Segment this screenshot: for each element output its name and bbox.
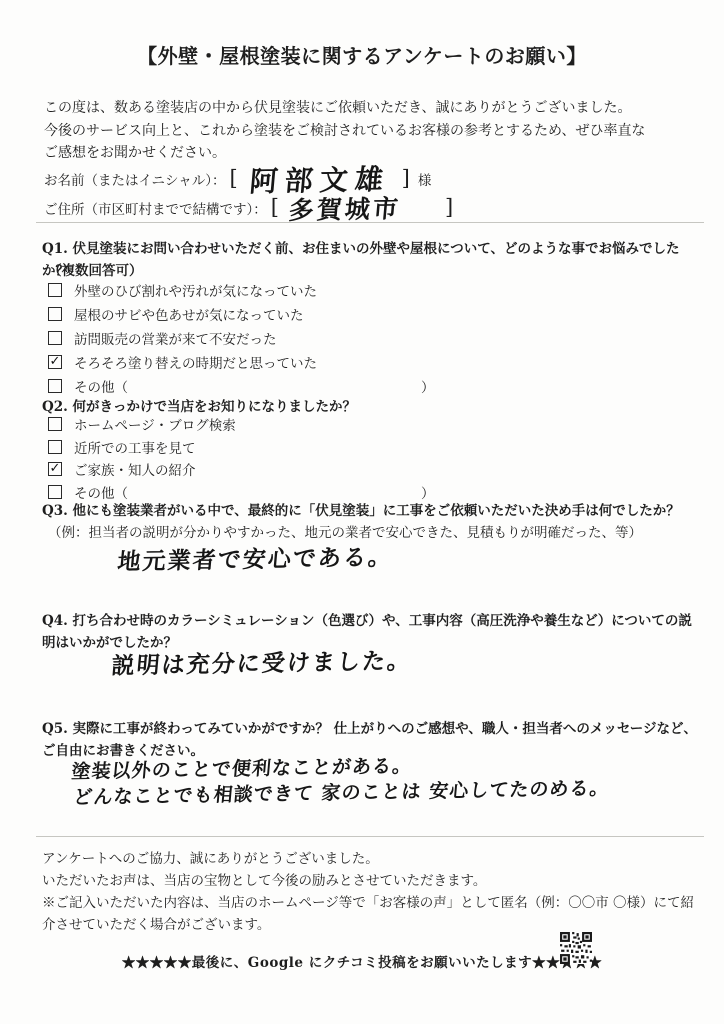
checkbox-unchecked[interactable] xyxy=(48,283,62,297)
name-honorific: 様 xyxy=(418,169,432,189)
footer-line-1: アンケートへのご協力、誠にありがとうございました。 xyxy=(42,848,707,870)
option-label: ご家族・知人の紹介 xyxy=(74,459,196,479)
option-label: 近所での工事を見て xyxy=(74,437,196,457)
option-label: 外壁のひび割れや汚れが気になっていた xyxy=(74,280,317,300)
q2-option-row: ✓ ご家族・知人の紹介 xyxy=(48,459,196,479)
intro-paragraph: この度は、数ある塗装店の中から伏見塗装にご依頼いただき、誠にありがとうございまし… xyxy=(44,97,694,165)
google-review-request: ★★★★★最後に、Google にクチコミ投稿をお願いいたします★★★★★ xyxy=(0,951,724,971)
survey-document-page: 【外壁・屋根塗装に関するアンケートのお願い】 この度は、数ある塗装店の中から伏見… xyxy=(0,0,724,1024)
option-paren-close: ） xyxy=(421,376,435,396)
q3-handwritten-answer: 地元業者で安心である。 xyxy=(116,539,394,577)
q1-option-row: 屋根のサビや色あせが気になっていた xyxy=(48,304,304,324)
section-divider-top xyxy=(36,222,704,223)
checkbox-unchecked[interactable] xyxy=(48,307,62,321)
option-label: そろそろ塗り替えの時期だと思っていた xyxy=(74,352,317,372)
address-field-row: ご住所（市区町村までで結構です）： [ 多賀城市 ] xyxy=(44,193,457,223)
option-label: ホームページ・ブログ検索 xyxy=(74,414,236,434)
q2-option-row-other: その他（ ） xyxy=(48,482,435,502)
name-field-label: お名前（またはイニシャル）： xyxy=(44,169,225,189)
checkbox-unchecked[interactable] xyxy=(48,485,62,499)
checkbox-checked[interactable]: ✓ xyxy=(48,462,62,476)
option-label: 訪問販売の営業が来て不安だった xyxy=(74,328,277,348)
address-bracket-close: ] xyxy=(445,195,453,219)
intro-line-2: 今後のサービス向上と、これから塗装をご検討されているお客様の参考とするため、ぜひ… xyxy=(44,120,694,143)
q1-option-row: ✓ そろそろ塗り替えの時期だと思っていた xyxy=(48,352,317,372)
q1-option-row: 訪問販売の営業が来て不安だった xyxy=(48,328,277,348)
q1-option-row: 外壁のひび割れや汚れが気になっていた xyxy=(48,280,317,300)
option-label: その他（ xyxy=(74,376,128,396)
name-bracket-close: ] xyxy=(402,166,410,190)
q1-option-row-other: その他（ ） xyxy=(48,376,435,396)
name-bracket-open: [ xyxy=(229,166,237,190)
option-label: その他（ xyxy=(74,482,128,502)
intro-line-1: この度は、数ある塗装店の中から伏見塗装にご依頼いただき、誠にありがとうございまし… xyxy=(44,97,694,120)
checkbox-checked[interactable]: ✓ xyxy=(48,355,62,369)
q1-note: （複数回答可） xyxy=(48,261,698,282)
option-label: 屋根のサビや色あせが気になっていた xyxy=(74,304,304,324)
q4-handwritten-answer: 説明は充分に受けました。 xyxy=(110,642,413,680)
qr-code-icon xyxy=(560,931,592,965)
checkbox-unchecked[interactable] xyxy=(48,440,62,454)
checkbox-unchecked[interactable] xyxy=(48,417,62,431)
checkbox-unchecked[interactable] xyxy=(48,331,62,345)
q3-heading: Q3. 他にも塗装業者がいる中で、最終的に「伏見塗装」に工事をご依頼いただいた決… xyxy=(42,501,702,523)
page-title: 【外壁・屋根塗装に関するアンケートのお願い】 xyxy=(0,40,724,69)
option-paren-close: ） xyxy=(421,482,435,502)
footer-paragraph: アンケートへのご協力、誠にありがとうございました。 いただいたお声は、当店の宝物… xyxy=(42,848,707,936)
address-bracket-open: [ xyxy=(271,195,279,219)
q2-option-row: ホームページ・ブログ検索 xyxy=(48,414,236,434)
section-divider-bottom xyxy=(36,836,704,837)
address-field-label: ご住所（市区町村までで結構です）： xyxy=(44,198,267,218)
footer-line-2: いただいたお声は、当店の宝物として今後の励みとさせていただきます。 xyxy=(42,870,707,892)
q2-option-row: 近所での工事を見て xyxy=(48,437,196,457)
checkbox-unchecked[interactable] xyxy=(48,379,62,393)
footer-line-3: ※ご記入いただいた内容は、当店のホームページ等で「お客様の声」として匿名（例：〇… xyxy=(42,892,707,936)
